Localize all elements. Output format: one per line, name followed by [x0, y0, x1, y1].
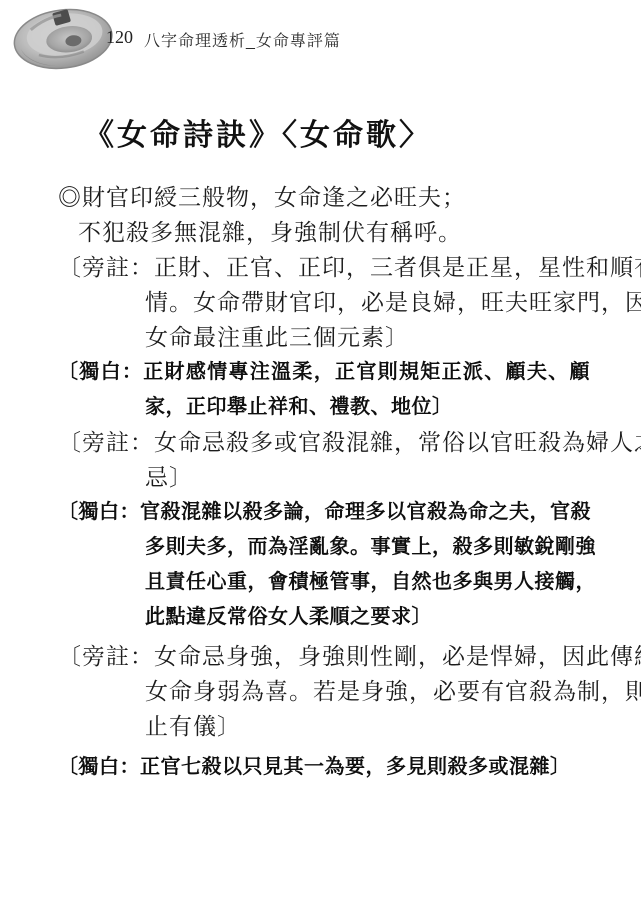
section-title: 《女命詩訣》〈女命歌〉 [84, 110, 432, 154]
page-number: 120 [106, 27, 133, 48]
monologue-line: 此點違反常俗女人柔順之要求〕 [58, 600, 590, 635]
monologue-line: 〔獨白：正財感情專注溫柔，正官則規矩正派、顧夫、顧 [58, 355, 590, 390]
book-page: 120 八字命理透析_女命專評篇 《女命詩訣》〈女命歌〉 ◎財官印綬三般物，女命… [0, 0, 641, 921]
note-line: 女命身弱為喜。若是身強，必要有官殺為制，則行 [58, 674, 590, 709]
page-header: 120 八字命理透析_女命專評篇 [0, 0, 641, 78]
note-line: 〔旁註：女命忌身強，身強則性剛，必是悍婦，因此傳統以 [58, 639, 590, 674]
monologue-line: 〔獨白：官殺混雜以殺多論，命理多以官殺為命之夫，官殺 [58, 495, 590, 530]
note-line: 止有儀〕 [58, 709, 590, 744]
monologue-line: 家，正印舉止祥和、禮教、地位〕 [58, 390, 590, 425]
inkstone-logo-image [12, 4, 114, 70]
book-title: 八字命理透析_女命專評篇 [144, 28, 341, 51]
note-line: 〔旁註：正財、正官、正印，三者俱是正星，星性和順有 [58, 250, 590, 285]
note-line: 忌〕 [58, 460, 590, 495]
monologue-line: 且責任心重，會積極管事，自然也多與男人接觸， [58, 565, 590, 600]
poem-line: ◎財官印綬三般物，女命逢之必旺夫； [58, 180, 590, 215]
poem-line: 不犯殺多無混雜，身強制伏有稱呼。 [58, 215, 590, 250]
note-line: 〔旁註：女命忌殺多或官殺混雜，常俗以官旺殺為婦人之 [58, 425, 590, 460]
body-text: ◎財官印綬三般物，女命逢之必旺夫； 不犯殺多無混雜，身強制伏有稱呼。 〔旁註：正… [58, 180, 590, 785]
monologue-line: 〔獨白：正官七殺以只見其一為要，多見則殺多或混雜〕 [58, 750, 590, 785]
note-line: 情。女命帶財官印，必是良婦，旺夫旺家門，因此 [58, 285, 590, 320]
note-line: 女命最注重此三個元素〕 [58, 320, 590, 355]
monologue-line: 多則夫多，而為淫亂象。事實上，殺多則敏銳剛強 [58, 530, 590, 565]
